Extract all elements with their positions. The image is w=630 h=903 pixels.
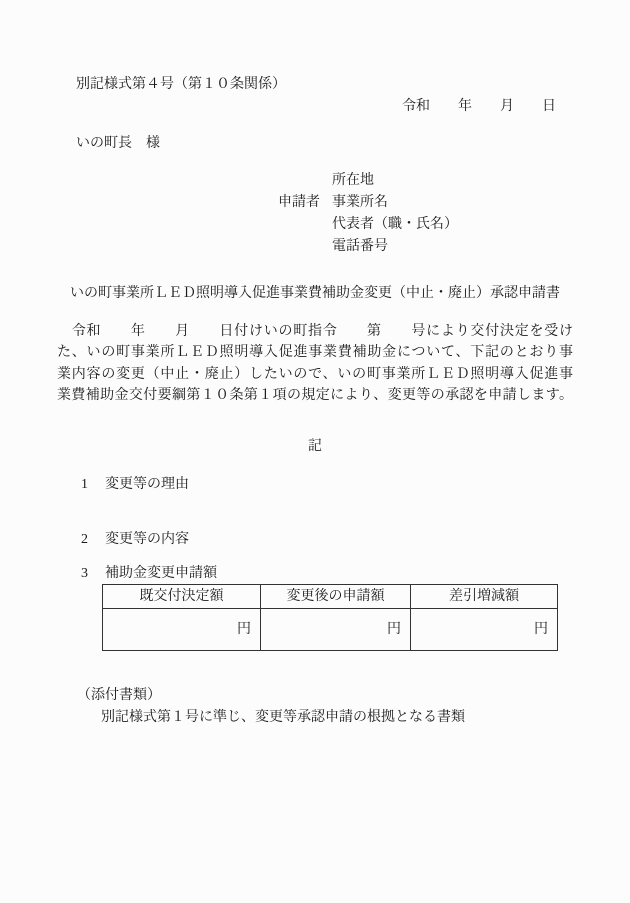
- body-paragraph-line: 業内容の変更（中止・廃止）したいので、いの町事業所ＬＥＤ照明導入促進事: [57, 364, 573, 385]
- date-line: 令和 年 月 日: [402, 100, 556, 114]
- applicant-label: 申請者: [278, 196, 320, 210]
- amount-table-wrap: 既交付決定額 変更後の申請額 差引増減額 円 円 円: [102, 584, 558, 651]
- header-difference-amount: 差引増減額: [411, 585, 558, 609]
- body-paragraph-line: 業費補助金交付要綱第１０条第１項の規定により、変更等の承認を申請します。: [57, 385, 573, 406]
- applicant-fields: 所在地 事業所名 代表者（職・氏名） 電話番号: [332, 170, 458, 258]
- amount-table-header-row: 既交付決定額 変更後の申請額 差引増減額: [103, 585, 558, 609]
- record-marker: 記: [0, 440, 630, 454]
- header-amount-after-change: 変更後の申請額: [261, 585, 411, 609]
- item-subsidy-change-amount: 3補助金変更申請額: [81, 567, 217, 581]
- body-paragraph: 令和 年 月 日付けいの町指令 第 号により交付決定を受け た、いの町事業所ＬＥ…: [57, 321, 573, 406]
- item-change-reason: 1変更等の理由: [81, 478, 189, 492]
- form-number: 別記様式第４号（第１０条関係）: [76, 78, 286, 92]
- applicant-field-phone: 電話番号: [332, 236, 458, 258]
- item-label: 補助金変更申請額: [105, 566, 217, 581]
- header-approved-amount: 既交付決定額: [103, 585, 261, 609]
- applicant-field-representative: 代表者（職・氏名）: [332, 214, 458, 236]
- addressee-line: いの町長 様: [76, 137, 160, 151]
- applicant-field-business-name: 事業所名: [332, 192, 458, 214]
- attachments-line: 別記様式第１号に準じ、変更等承認申請の根拠となる書類: [101, 711, 465, 725]
- applicant-field-address: 所在地: [332, 170, 458, 192]
- item-number: 1: [81, 478, 105, 492]
- item-label: 変更等の理由: [105, 477, 189, 492]
- cell-approved-amount-yen: 円: [103, 609, 261, 651]
- cell-amount-after-change-yen: 円: [261, 609, 411, 651]
- cell-difference-amount-yen: 円: [411, 609, 558, 651]
- item-number: 2: [81, 533, 105, 547]
- amount-table-value-row: 円 円 円: [103, 609, 558, 651]
- amount-table: 既交付決定額 変更後の申請額 差引増減額 円 円 円: [102, 584, 558, 651]
- applicant-block: 申請者 所在地 事業所名 代表者（職・氏名） 電話番号: [278, 170, 458, 258]
- item-change-content: 2変更等の内容: [81, 533, 189, 547]
- item-number: 3: [81, 567, 105, 581]
- attachments-heading: （添付書類）: [77, 689, 161, 703]
- body-paragraph-line: た、いの町事業所ＬＥＤ照明導入促進事業費補助金について、下記のとおり事: [57, 342, 573, 363]
- item-label: 変更等の内容: [105, 532, 189, 547]
- application-form-page: 別記様式第４号（第１０条関係） 令和 年 月 日 いの町長 様 申請者 所在地 …: [0, 0, 630, 903]
- body-paragraph-line: 令和 年 月 日付けいの町指令 第 号により交付決定を受け: [57, 321, 573, 342]
- document-title: いの町事業所ＬＥＤ照明導入促進事業費補助金変更（中止・廃止）承認申請書: [0, 287, 630, 301]
